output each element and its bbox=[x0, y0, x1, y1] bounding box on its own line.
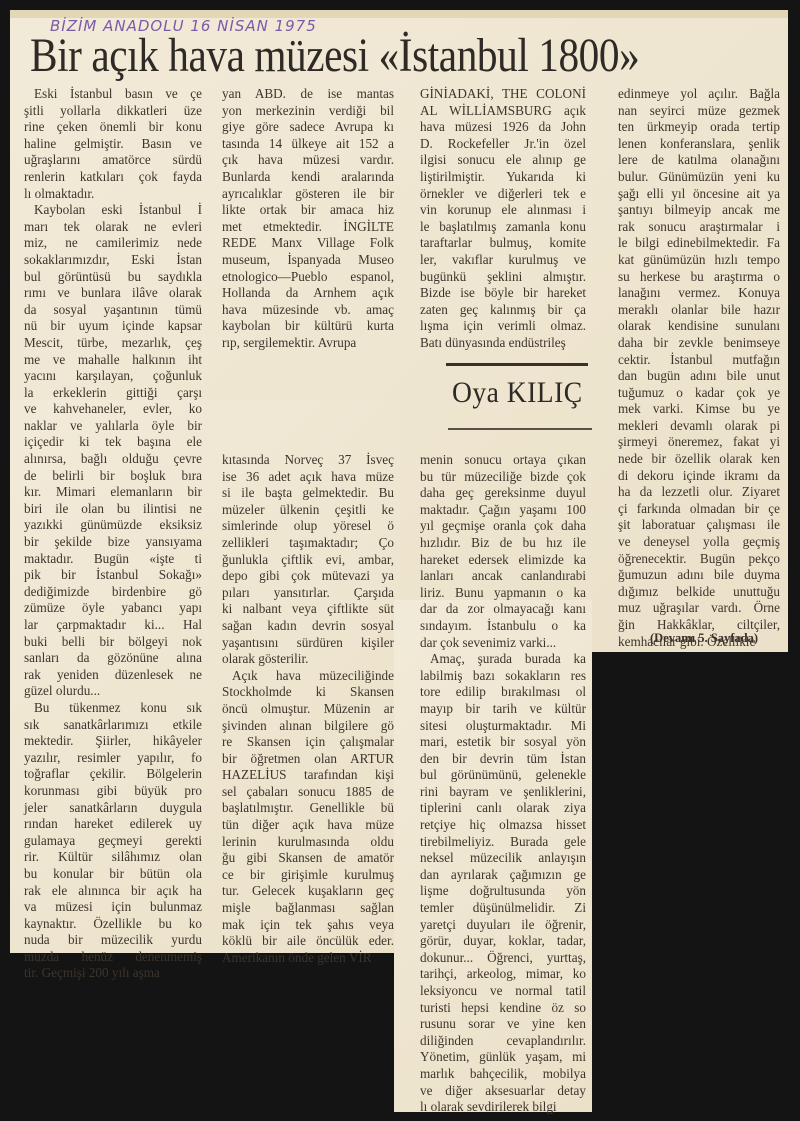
article-line: meraklı olanlar bile hazır bbox=[618, 302, 780, 319]
article-line: kıtasında Norveç 37 İsveç bbox=[222, 452, 394, 469]
article-line: şantıyı bilmeyip ancak me bbox=[618, 202, 780, 219]
article-line: yazıkki günümüzde eksiksiz bbox=[24, 517, 202, 534]
article-line: rine çeken önemli bir konu bbox=[24, 119, 202, 136]
article-line: nü bir uyum içinde kapsar bbox=[24, 318, 202, 335]
article-line: rusunu sorar ve yine ken bbox=[420, 1016, 586, 1033]
article-line: alınırsa, bağlı olduğu çevre bbox=[24, 451, 202, 468]
article-line: sındayım. İstanbulu o ka bbox=[420, 618, 586, 635]
article-line: ce bir girişimle kurulmuş bbox=[222, 867, 394, 884]
article-line: dar çok sevenimiz varki... bbox=[420, 635, 586, 652]
article-line: mayıp bir tarih ve kültür bbox=[420, 701, 586, 718]
article-line: re Skansen için çalışmalar bbox=[222, 734, 394, 751]
article-line: tün diğer açık hava müze bbox=[222, 817, 394, 834]
article-line: rini bayram ve şenliklerini, bbox=[420, 784, 586, 801]
article-line: rıp, sergilemektir. Avrupa bbox=[222, 335, 394, 352]
article-line: rımı ve bunlara ilâve olarak bbox=[24, 285, 202, 302]
article-line: köklü bir aile öncülük eder. bbox=[222, 933, 394, 950]
article-line: muzda henüz denenmemiş bbox=[24, 949, 202, 966]
article-line: ğunlukla çiftlik evi, ambar, bbox=[222, 552, 394, 569]
headline: Bir açık hava müzesi «İstanbul 1800» bbox=[30, 30, 666, 82]
article-line: kaynaktır. Özellikle bu ko bbox=[24, 916, 202, 933]
article-line: başlatılmıştır. Genellikle bü bbox=[222, 800, 394, 817]
article-line: ilgisi sonucu ele alınıp ge bbox=[420, 152, 586, 169]
article-line: jeler sanatkârların duygula bbox=[24, 800, 202, 817]
article-line: simlerinde olup yöresel ö bbox=[222, 518, 394, 535]
article-line: kır. Mimari elemanların bir bbox=[24, 484, 202, 501]
article-line: Bu tükenmez konu sık bbox=[24, 700, 202, 717]
article-line: Yönetim, günlük yaşam, mi bbox=[420, 1049, 586, 1066]
article-line: HAZELİUS tarafından kişi bbox=[222, 767, 394, 784]
article-line: nede bir özellik olarak ken bbox=[618, 451, 780, 468]
article-line: ten ürkmeyip orada tertip bbox=[618, 119, 780, 136]
article-line: liştirilmiştir. Yukarıda ki bbox=[420, 169, 586, 186]
article-line: cektir. İstanbul mutfağın bbox=[618, 352, 780, 369]
article-line: gulamaya geçmeyi gerekti bbox=[24, 833, 202, 850]
article-line: maktadır. Bugün «işte ti bbox=[24, 551, 202, 568]
article-line: Açık hava müzeciliğinde bbox=[222, 668, 394, 685]
article-line: le başlatılmış zamanla konu bbox=[420, 219, 586, 236]
article-line: daha geç gereksinme duyul bbox=[420, 485, 586, 502]
article-line: zaten geç kalınmış bir ça bbox=[420, 302, 586, 319]
article-line: yon merkezinin verdiği bil bbox=[222, 103, 394, 120]
article-line: şağı elli yıl öncesine ait ya bbox=[618, 186, 780, 203]
article-line: güzel olurdu... bbox=[24, 683, 202, 700]
article-column-1: Eski İstanbul basın ve çeşitli yollarla … bbox=[24, 86, 202, 982]
article-line: ve deneysel yolla geçmiş bbox=[618, 534, 780, 551]
article-line: şitli yollarla dikkatleri üze bbox=[24, 103, 202, 120]
article-column-2-bottom: kıtasında Norveç 37 İsveçise 36 adet açı… bbox=[222, 452, 394, 966]
article-line: tore edilip bırakılması ol bbox=[420, 684, 586, 701]
article-line: edinmeye yol açılır. Bağla bbox=[618, 86, 780, 103]
article-line: lişme doğrultusunda yön bbox=[420, 883, 586, 900]
article-line: ayrıcalıklar gösteren ile bir bbox=[222, 186, 394, 203]
article-line: hareket edersek elimizde ka bbox=[420, 552, 586, 569]
article-line: kaybolan bir kültürü kurta bbox=[222, 318, 394, 335]
article-line: tiplerini canlı olarak ziya bbox=[420, 800, 586, 817]
article-line: zellikleri taşımaktadır; Ço bbox=[222, 535, 394, 552]
article-line: ve kahvehaneler, evler, ko bbox=[24, 401, 202, 418]
article-line: lı olmaktadır. bbox=[24, 186, 202, 203]
article-line: da sosyal yaşantının tümü bbox=[24, 302, 202, 319]
article-line: neksel müzecilik anlayışın bbox=[420, 850, 586, 867]
article-line: de belirli bir boşluk bıra bbox=[24, 468, 202, 485]
article-line: ler, vakıflar kurulmuş ve bbox=[420, 252, 586, 269]
article-line: nuda bir müzecilik yurdu bbox=[24, 932, 202, 949]
article-line: depo gibi çok mütevazi ya bbox=[222, 568, 394, 585]
article-line: rak sonucu araştırmalar i bbox=[618, 219, 780, 236]
article-line: yan ABD. de ise mantas bbox=[222, 86, 394, 103]
article-line: zümüze öyle yabancı yapı bbox=[24, 600, 202, 617]
article-line: pik bir İstanbul Sokağı» bbox=[24, 567, 202, 584]
article-line: bulur. Günümüzün yeni ku bbox=[618, 169, 780, 186]
article-line: Amaç, şurada burada ka bbox=[420, 651, 586, 668]
article-line: naklar ve yalılarla öyle bir bbox=[24, 418, 202, 435]
article-line: giye göre sadece Avrupa kı bbox=[222, 119, 394, 136]
article-line: renlerin katkıları çok fayda bbox=[24, 169, 202, 186]
article-line: sel çabaları sonucu 1885 de bbox=[222, 784, 394, 801]
article-line: bul görünümünü, gelenekle bbox=[420, 767, 586, 784]
article-line: retçiye hiç olmazsa hisset bbox=[420, 817, 586, 834]
article-line: ha da lezzetli olur. Ziyaret bbox=[618, 484, 780, 501]
article-line: D. Rockefeller Jr.'in özel bbox=[420, 136, 586, 153]
article-line: ki nalbant veya çiftlikte süt bbox=[222, 601, 394, 618]
article-line: le bilgi edinebilmektedir. Fa bbox=[618, 235, 780, 252]
article-line: Bunlarda kendi aralarında bbox=[222, 169, 394, 186]
article-line: tuğumuz o kadar çok ye bbox=[618, 385, 780, 402]
article-line: içiçedir ki tek başına ele bbox=[24, 434, 202, 451]
article-line: Bizde ise böyle bir hareket bbox=[420, 285, 586, 302]
article-line: rından hareket edilerek uy bbox=[24, 816, 202, 833]
article-line: Kaybolan eski İstanbul İ bbox=[24, 202, 202, 219]
article-line: tarihçi, arkeolog, mimar, ko bbox=[420, 966, 586, 983]
article-line: daha bir zevkle benimseye bbox=[618, 335, 780, 352]
article-line: tur. Gelecek kuşakların geç bbox=[222, 883, 394, 900]
article-column-3-bottom: menin sonucu ortaya çıkanbu tür müzecili… bbox=[420, 452, 586, 1116]
article-line: olarak kendisine sunulanı bbox=[618, 318, 780, 335]
article-line: bugünkü şeklini almıştır. bbox=[420, 269, 586, 286]
article-line: lanları ancak canlandırabi bbox=[420, 568, 586, 585]
article-line: şivinden alınan bilgilere gö bbox=[222, 718, 394, 735]
article-line: buki belli bir bölgeyi nok bbox=[24, 634, 202, 651]
article-line: sık sanatkârlarımızı etkile bbox=[24, 717, 202, 734]
continued-on-page-note: (Devamı 5. Sayfada) bbox=[650, 631, 758, 646]
article-line: rak ele alınınca bir açık ha bbox=[24, 883, 202, 900]
article-line: uğraşlarını amatörce sürdü bbox=[24, 152, 202, 169]
article-line: taraftarlar bulmuş, komite bbox=[420, 235, 586, 252]
article-line: bir öğretmen olan ARTUR bbox=[222, 751, 394, 768]
article-line: met etmektedir. İNGİLTE bbox=[222, 219, 394, 236]
author-byline: Oya KILIÇ bbox=[452, 376, 583, 410]
article-line: si ile başta gelmektedir. Bu bbox=[222, 485, 394, 502]
article-line: marlık bahçecilik, mobilya bbox=[420, 1066, 586, 1083]
article-line: REDE Manx Village Folk bbox=[222, 235, 394, 252]
article-line: toğraflar çekilir. Bölgelerin bbox=[24, 766, 202, 783]
article-line: den bir devrin tüm İstan bbox=[420, 751, 586, 768]
article-line: şirmeyi öneremez, fakat yi bbox=[618, 434, 780, 451]
article-line: Amerikanın önde gelen VİR bbox=[222, 950, 394, 967]
article-line: yacını karşılayan, çoğunluk bbox=[24, 368, 202, 385]
article-column-2-top: yan ABD. de ise mantasyon merkezinin ver… bbox=[222, 86, 394, 352]
article-line: sanları da gözönüne alına bbox=[24, 650, 202, 667]
article-line: yıl geçmişe oranla çok daha bbox=[420, 518, 586, 535]
byline-rule-top bbox=[446, 363, 588, 366]
article-line: rir. Kültür silâhımız olan bbox=[24, 849, 202, 866]
article-line: bul görüntüsü bu saydıkla bbox=[24, 269, 202, 286]
article-line: vin korunup ele alınması i bbox=[420, 202, 586, 219]
article-line: dar da zor olmayacağı kanı bbox=[420, 601, 586, 618]
article-line: turisti hepsi kendine öz so bbox=[420, 1000, 586, 1017]
article-line: mari, estetik bir sosyal yön bbox=[420, 734, 586, 751]
article-line: yazılır, resimler yapılır, fo bbox=[24, 750, 202, 767]
article-line: su herkese bu araştırma o bbox=[618, 269, 780, 286]
article-column-4: edinmeye yol açılır. Bağlanan seyirci mü… bbox=[618, 86, 780, 650]
article-line: çık hava müzesi vardır. bbox=[222, 152, 394, 169]
article-line: AL WİLLİAMSBURG açık bbox=[420, 103, 586, 120]
article-line: hava müzesi 1926 da John bbox=[420, 119, 586, 136]
article-line: hava müzesinde vb. amaç bbox=[222, 302, 394, 319]
article-line: diliğinden cevaplandırılır. bbox=[420, 1033, 586, 1050]
article-line: bir şekilde bize yansıyama bbox=[24, 534, 202, 551]
article-line: me ve mahalle halkının iht bbox=[24, 352, 202, 369]
article-line: lar çarpmaktadır ki... Hal bbox=[24, 617, 202, 634]
article-line: tir. Geçmişi 200 yılı aşma bbox=[24, 965, 202, 982]
article-line: dan ayrılarak çağımızın ge bbox=[420, 867, 586, 884]
article-line: museum, İspanyada Museo bbox=[222, 252, 394, 269]
article-line: mak için tek şahıs veya bbox=[222, 917, 394, 934]
article-line: rak yeniden düzenlesek ne bbox=[24, 667, 202, 684]
article-line: korunması gibi büyük pro bbox=[24, 783, 202, 800]
article-line: lanağını vermez. Konuya bbox=[618, 285, 780, 302]
article-line: Hollanda da Arnhem açık bbox=[222, 285, 394, 302]
article-line: dediğimizde birdenbire gö bbox=[24, 584, 202, 601]
article-line: örnekler ve diğerleri tek e bbox=[420, 186, 586, 203]
article-line: lere de katılma olanağını bbox=[618, 152, 780, 169]
article-line: sokaklarımızdır, Eski İstan bbox=[24, 252, 202, 269]
article-line: tasında 14 ülkeye ait 152 a bbox=[222, 136, 394, 153]
article-line: dan bugün adını bile unut bbox=[618, 368, 780, 385]
article-line: lışma için verimli olmaz. bbox=[420, 318, 586, 335]
article-line: menin sonucu ortaya çıkan bbox=[420, 452, 586, 469]
article-line: lı olarak sevdirilerek bilgi bbox=[420, 1099, 586, 1116]
article-line: görür, duyar, koklar, tadar, bbox=[420, 933, 586, 950]
article-line: miz, ne camilerimiz nede bbox=[24, 235, 202, 252]
article-line: ise 36 adet açık hava müze bbox=[222, 469, 394, 486]
article-line: yaretçi duyuları ile öğrenir, bbox=[420, 917, 586, 934]
article-line: lenen konferanslara, şenlik bbox=[618, 136, 780, 153]
article-line: temler düşünülmelidir. Zi bbox=[420, 900, 586, 917]
article-column-3-top: GİNİADAKİ, THE COLONİAL WİLLİAMSBURG açı… bbox=[420, 86, 586, 352]
article-line: mek varki. Kimse bu ye bbox=[618, 401, 780, 418]
article-line: leksiyoncu ve normal tatil bbox=[420, 983, 586, 1000]
article-line: bu tür müzeciliğe bizde çok bbox=[420, 469, 586, 486]
article-line: olarak gösterilir. bbox=[222, 651, 394, 668]
article-line: di dekoru içinde ikramı da bbox=[618, 468, 780, 485]
article-line: şit laboratuar çalışması ile bbox=[618, 517, 780, 534]
article-line: GİNİADAKİ, THE COLONİ bbox=[420, 86, 586, 103]
article-line: müzeler ülkenin çeşitli ke bbox=[222, 502, 394, 519]
article-line: muz uğraşılar vardı. Örne bbox=[618, 600, 780, 617]
article-line: ve diğer aksesuarlar detay bbox=[420, 1083, 586, 1100]
article-line: ğu gibi Skansen de amatör bbox=[222, 850, 394, 867]
article-line: lerinin kurulmasında oldu bbox=[222, 834, 394, 851]
article-line: maktadır. Çağın yaşamı 100 bbox=[420, 502, 586, 519]
article-line: tirebilmeliyiz. Burada gele bbox=[420, 834, 586, 851]
article-line: etnologico—Pueblo espanol, bbox=[222, 269, 394, 286]
article-line: mektedir. Şiirler, hikâyeler bbox=[24, 733, 202, 750]
article-line: sitesi oluşturmaktadır. Mi bbox=[420, 718, 586, 735]
article-line: marı tek olarak ne evleri bbox=[24, 219, 202, 236]
article-line: ğumuzun adını bile duyma bbox=[618, 567, 780, 584]
article-line: bu konular bir bütün ola bbox=[24, 866, 202, 883]
article-line: biri ile olan bu ilintisi ne bbox=[24, 501, 202, 518]
article-line: sağan kadın devrin sosyal bbox=[222, 618, 394, 635]
article-line: Batı dünyasında endüstrileş bbox=[420, 335, 586, 352]
article-line: çi farkında olmadan bir çe bbox=[618, 501, 780, 518]
article-line: haline gelmiştir. Basın ve bbox=[24, 136, 202, 153]
article-line: hızlıdır. Biz de bu hız ile bbox=[420, 535, 586, 552]
article-line: yaşantısını sürdüren kişiler bbox=[222, 635, 394, 652]
article-line: Eski İstanbul basın ve çe bbox=[24, 86, 202, 103]
article-line: liriz. Bunu yapmanın o ka bbox=[420, 585, 586, 602]
byline-rule-bottom bbox=[448, 428, 592, 430]
article-line: öncü olmuştur. Müzenin ar bbox=[222, 701, 394, 718]
article-line: Stockholmde ki Skansen bbox=[222, 684, 394, 701]
article-line: Mescit, türbe, mezarlık, çeş bbox=[24, 335, 202, 352]
article-line: pıları yansıtırlar. Çarşıda bbox=[222, 585, 394, 602]
article-line: la erkeklerin gittiği çarşı bbox=[24, 385, 202, 402]
article-line: likte ortak bir amaca hiz bbox=[222, 202, 394, 219]
article-line: dığımız belkide unuttuğu bbox=[618, 584, 780, 601]
article-line: labilmiş bazı sokakların res bbox=[420, 668, 586, 685]
article-line: mişle bağlanması sağlan bbox=[222, 900, 394, 917]
article-line: mekleri devamlı olarak pi bbox=[618, 418, 780, 435]
article-line: va müzesi için bulunmaz bbox=[24, 899, 202, 916]
article-line: kat günümüzün hızlı tempo bbox=[618, 252, 780, 269]
article-line: öğrenecektir. Bugün pekço bbox=[618, 551, 780, 568]
article-line: dokunur... Öğrenci, yurttaş, bbox=[420, 950, 586, 967]
article-line: nan seyirci müze gezmek bbox=[618, 103, 780, 120]
